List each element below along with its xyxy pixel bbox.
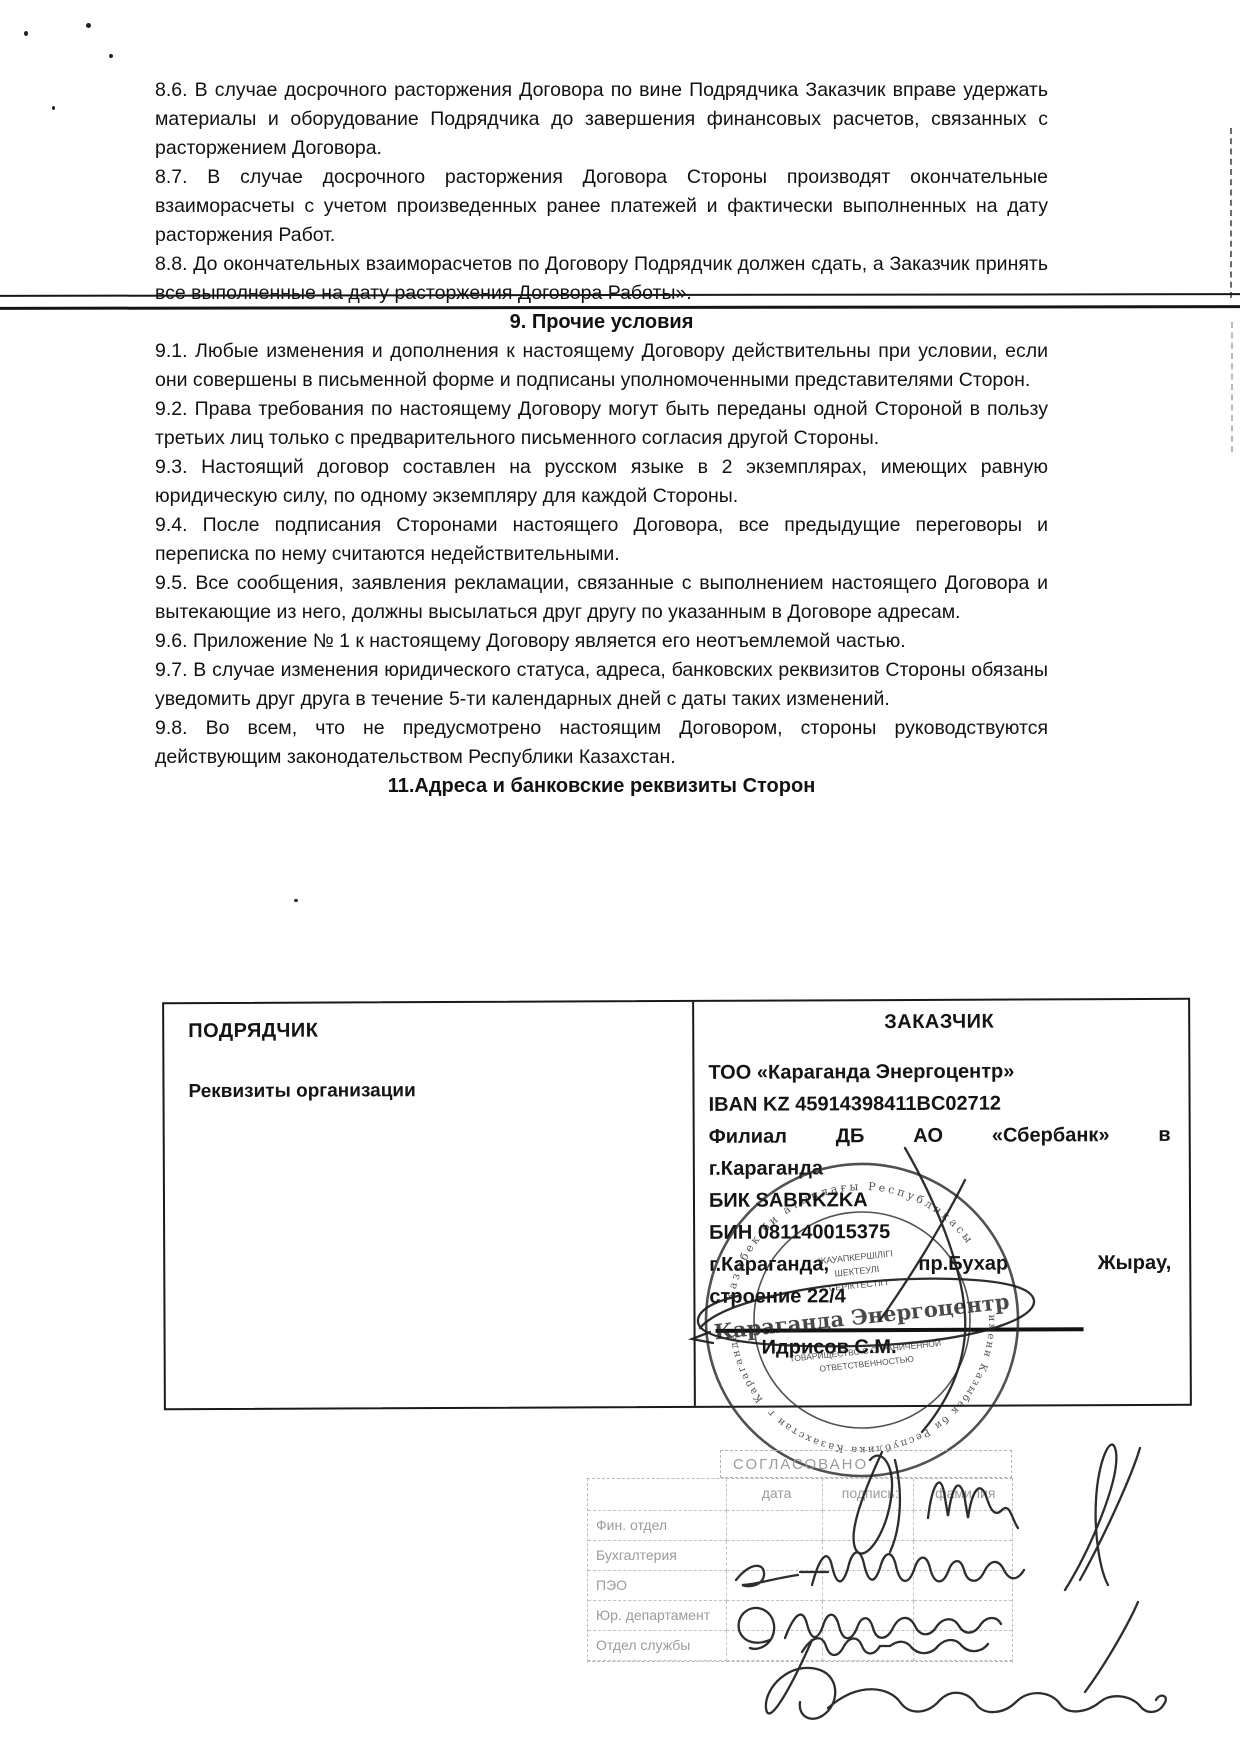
clause-9-2: 9.2. Права требования по настоящему Дого…: [155, 395, 1048, 453]
clause-9-6: 9.6. Приложение № 1 к настоящему Договор…: [155, 627, 1048, 656]
scan-speck: [52, 106, 55, 110]
approval-signature: [928, 1483, 1018, 1528]
approval-signature: [739, 1608, 775, 1649]
approval-signature: [785, 1615, 1001, 1639]
scanned-contract-page: 8.6. В случае досрочного расторжения Дог…: [0, 0, 1240, 1754]
scan-speck: [86, 23, 91, 28]
contract-text-block: 8.6. В случае досрочного расторжения Дог…: [155, 76, 1048, 801]
approval-signature: [802, 1638, 988, 1655]
approval-signature: [828, 1689, 1166, 1712]
section-11-heading: 11.Адреса и банковские реквизиты Сторон: [155, 772, 1048, 801]
clause-8-8: 8.8. До окончательных взаиморасчетов по …: [155, 250, 1048, 308]
stamp-scribble-stroke: [905, 1148, 965, 1432]
clause-9-5: 9.5. Все сообщения, заявления рекламации…: [155, 569, 1048, 627]
approval-signature: [766, 1640, 835, 1719]
approval-signature: [1080, 1448, 1140, 1580]
section-9-heading: 9. Прочие условия: [155, 308, 1048, 337]
contractor-title: ПОДРЯДЧИК: [188, 1018, 668, 1043]
scan-speck: [109, 54, 113, 58]
clause-8-7: 8.7. В случае досрочного расторжения Дог…: [155, 163, 1048, 250]
clause-9-3: 9.3. Настоящий договор составлен на русс…: [155, 453, 1048, 511]
approval-signature: [1085, 1602, 1138, 1692]
scan-edge-artifact: [1231, 322, 1233, 452]
scan-speck: [24, 31, 28, 36]
clause-9-4: 9.4. После подписания Сторонами настояще…: [155, 511, 1048, 569]
approval-signature: [854, 1452, 893, 1554]
approval-signature: [812, 1552, 1024, 1585]
clause-9-7: 9.7. В случае изменения юридического ста…: [155, 656, 1048, 714]
scan-speck: [294, 899, 298, 902]
approval-signature: [1065, 1445, 1116, 1590]
clause-9-8: 9.8. Во всем, что не предусмотрено насто…: [155, 714, 1048, 772]
clause-8-6: 8.6. В случае досрочного расторжения Дог…: [155, 76, 1048, 163]
customer-title: ЗАКАЗЧИК: [708, 1010, 1170, 1035]
scan-edge-artifact: [1230, 128, 1232, 298]
address-circle-scribble: [698, 1279, 1034, 1347]
handwritten-signatures: [560, 1080, 1240, 1754]
clause-9-1: 9.1. Любые изменения и дополнения к наст…: [155, 337, 1048, 395]
